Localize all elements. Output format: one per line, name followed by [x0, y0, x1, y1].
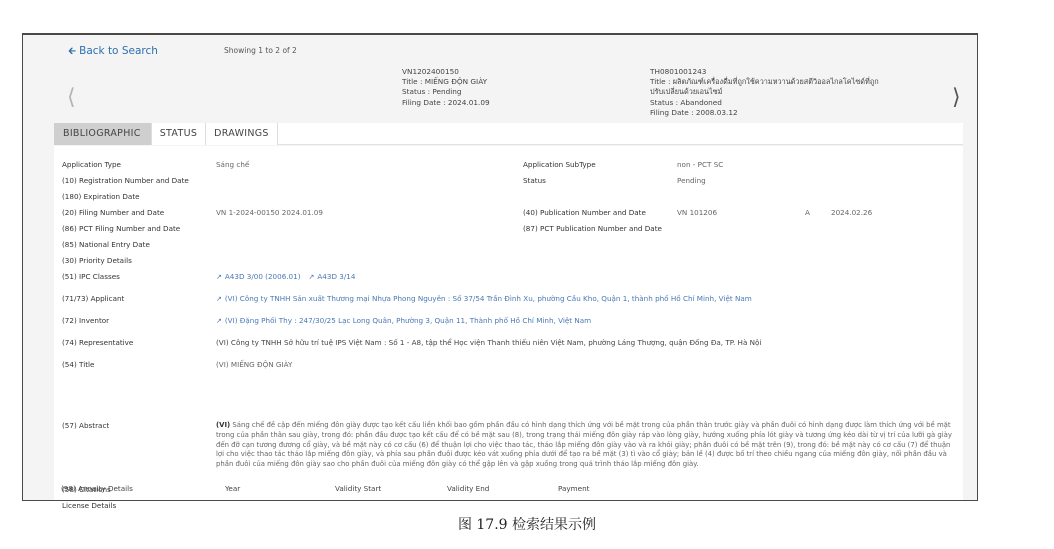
- record-filing-date: Filing Date : 2008.03.12: [650, 108, 890, 118]
- record-status: Status : Pending: [402, 87, 490, 97]
- record-summary-current[interactable]: VN1202400150 Title : MIẾNG ĐỘN GIÀY Stat…: [402, 67, 490, 108]
- abstract-text: (VI) Sáng chế đề cập đến miếng đôn giày …: [216, 421, 956, 470]
- result-header: 🡰Back to Search Showing 1 to 2 of 2 ⟨ VN…: [23, 35, 977, 123]
- record-number: VN1202400150: [402, 67, 490, 77]
- ipc-link[interactable]: ↗A43D 3/14: [309, 272, 356, 281]
- tab-drawings[interactable]: DRAWINGS: [206, 123, 278, 145]
- tab-status[interactable]: STATUS: [152, 123, 206, 145]
- annuity-col-payment: Payment: [558, 484, 589, 493]
- applicant-link[interactable]: ↗(VI) Công ty TNHH Sản xuất Thương mại N…: [216, 294, 752, 303]
- ipc-link[interactable]: ↗A43D 3/00 (2006.01): [216, 272, 301, 281]
- chevron-right-icon[interactable]: ⟩: [952, 87, 961, 109]
- result-count: Showing 1 to 2 of 2: [224, 46, 297, 55]
- annuity-col-validity-start: Validity Start: [335, 484, 381, 493]
- record-title: Title : MIẾNG ĐỘN GIÀY: [402, 77, 490, 87]
- arrow-left-icon: 🡰: [68, 46, 76, 57]
- record-filing-date: Filing Date : 2024.01.09: [402, 98, 490, 108]
- back-to-search-link[interactable]: 🡰Back to Search: [68, 44, 158, 61]
- record-status: Status : Abandoned: [650, 98, 890, 108]
- bibliographic-panel: Application Type Sáng chế Application Su…: [54, 146, 963, 500]
- inventor-link[interactable]: ↗(VI) Đặng Phối Thy : 247/30/25 Lạc Long…: [216, 316, 591, 325]
- external-link-icon: ↗: [216, 295, 222, 303]
- external-link-icon: ↗: [309, 273, 315, 281]
- record-summary-next[interactable]: TH0801001243 Title : ผลิตภัณฑ์เครื่องดื่…: [650, 67, 890, 118]
- annuity-col-year: Year: [225, 484, 240, 493]
- tab-bibliographic[interactable]: BIBLIOGRAPHIC: [54, 123, 152, 145]
- annuity-col-validity-end: Validity End: [447, 484, 489, 493]
- record-number: TH0801001243: [650, 67, 890, 77]
- external-link-icon: ↗: [216, 317, 222, 325]
- figure-caption: 图 17.9 检索结果示例: [0, 514, 1054, 534]
- chevron-left-icon[interactable]: ⟨: [67, 87, 76, 109]
- patent-detail-window: 🡰Back to Search Showing 1 to 2 of 2 ⟨ VN…: [22, 33, 978, 501]
- record-title: Title : ผลิตภัณฑ์เครื่องดื่มที่ถูกใช้ควา…: [650, 77, 890, 97]
- detail-tabs: BIBLIOGRAPHIC STATUS DRAWINGS: [54, 123, 963, 145]
- external-link-icon: ↗: [216, 273, 222, 281]
